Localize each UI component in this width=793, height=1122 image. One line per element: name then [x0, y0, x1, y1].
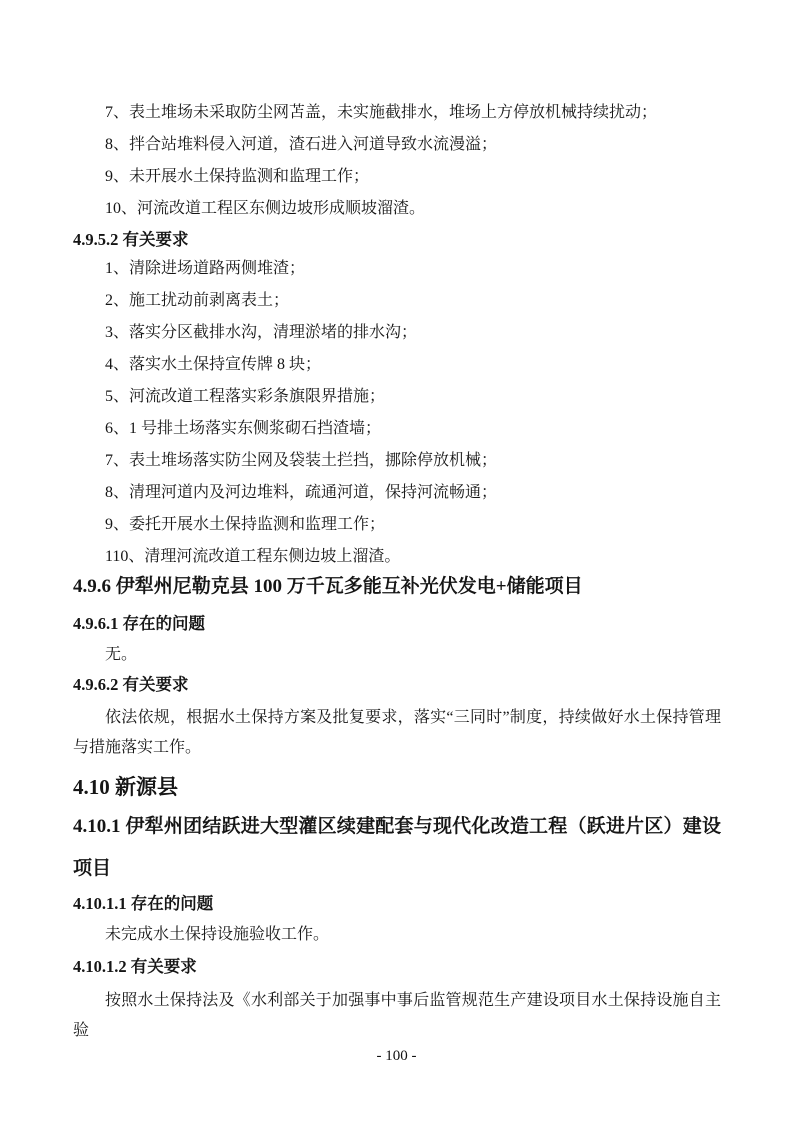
heading-4-10: 4.10 新源县: [73, 772, 721, 802]
paragraph-none: 无。: [73, 640, 721, 670]
paragraph-problem: 未完成水土保持设施验收工作。: [73, 920, 721, 950]
list-item: 110、清理河流改道工程东侧边坡上溜渣。: [73, 541, 721, 573]
list-item: 6、1 号排土场落实东侧浆砌石挡渣墙；: [73, 413, 721, 445]
list-item: 4、落实水土保持宣传牌 8 块；: [73, 349, 721, 381]
document-content: 7、表土堆场未采取防尘网苫盖，未实施截排水，堆场上方停放机械持续扰动； 8、拌合…: [73, 0, 721, 1046]
list-item: 8、清理河道内及河边堆料，疏通河道，保持河流畅通；: [73, 477, 721, 509]
page-number: - 100 -: [0, 1046, 793, 1066]
list-item: 9、委托开展水土保持监测和监理工作；: [73, 509, 721, 541]
numbered-list-problems: 7、表土堆场未采取防尘网苫盖，未实施截排水，堆场上方停放机械持续扰动； 8、拌合…: [73, 97, 721, 225]
heading-4-9-6: 4.9.6 伊犁州尼勒克县 100 万千瓦多能互补光伏发电+储能项目: [73, 573, 721, 601]
list-item: 7、表土堆场落实防尘网及袋装土拦挡，挪除停放机械；: [73, 445, 721, 477]
list-item: 9、未开展水土保持监测和监理工作；: [73, 161, 721, 193]
list-item: 5、河流改道工程落实彩条旗限界措施；: [73, 381, 721, 413]
heading-4-10-1-1: 4.10.1.1 存在的问题: [73, 893, 721, 915]
heading-4-9-6-2: 4.9.6.2 有关要求: [73, 674, 721, 696]
list-item: 1、清除进场道路两侧堆渣；: [73, 253, 721, 285]
list-item: 3、落实分区截排水沟，清理淤堵的排水沟；: [73, 317, 721, 349]
paragraph-requirement-continued: 按照水土保持法及《水利部关于加强事中事后监管规范生产建设项目水土保持设施自主验: [73, 986, 721, 1046]
heading-4-9-5-2: 4.9.5.2 有关要求: [73, 229, 721, 251]
list-item: 2、施工扰动前剥离表土；: [73, 285, 721, 317]
heading-4-10-1-2: 4.10.1.2 有关要求: [73, 956, 721, 978]
heading-4-9-6-1: 4.9.6.1 存在的问题: [73, 613, 721, 635]
numbered-list-requirements: 1、清除进场道路两侧堆渣； 2、施工扰动前剥离表土； 3、落实分区截排水沟，清理…: [73, 253, 721, 573]
list-item: 7、表土堆场未采取防尘网苫盖，未实施截排水，堆场上方停放机械持续扰动；: [73, 97, 721, 129]
list-item: 8、拌合站堆料侵入河道，渣石进入河道导致水流漫溢；: [73, 129, 721, 161]
document-page: 7、表土堆场未采取防尘网苫盖，未实施截排水，堆场上方停放机械持续扰动； 8、拌合…: [0, 0, 793, 1122]
heading-4-10-1: 4.10.1 伊犁州团结跃进大型灌区续建配套与现代化改造工程（跃进片区）建设项目: [73, 806, 721, 890]
list-item: 10、河流改道工程区东侧边坡形成顺坡溜渣。: [73, 193, 721, 225]
paragraph-requirement: 依法依规，根据水土保持方案及批复要求，落实“三同时”制度，持续做好水土保持管理与…: [73, 703, 721, 763]
